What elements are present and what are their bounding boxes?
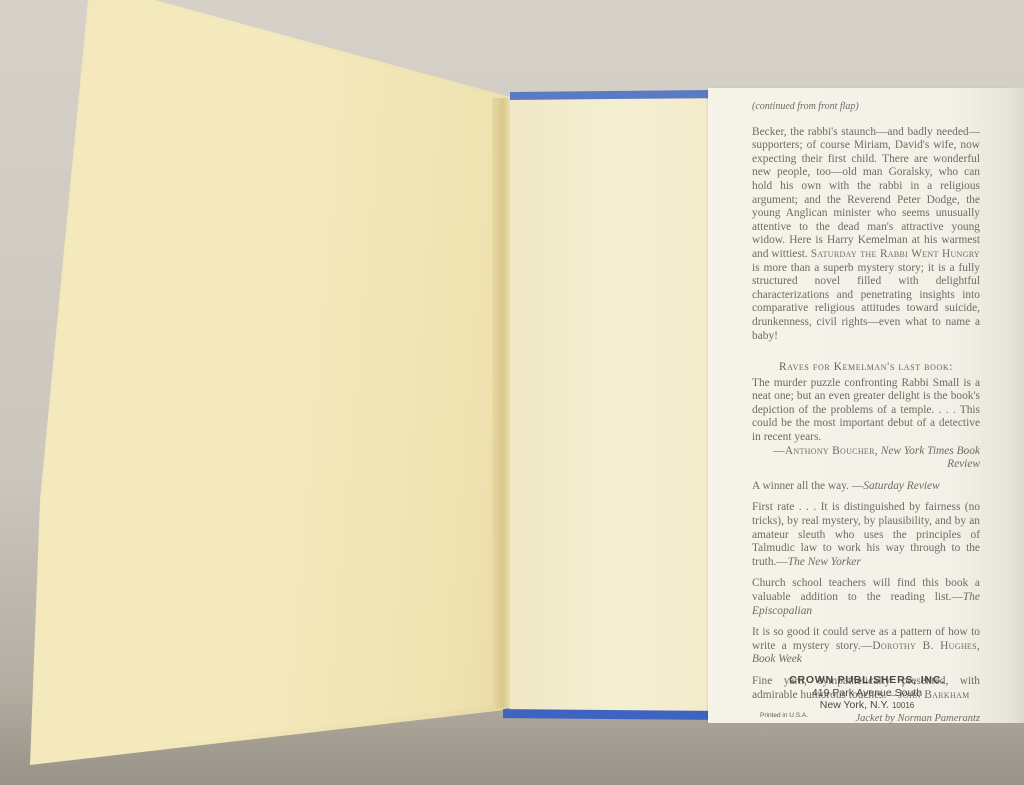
publisher-name: CROWN PUBLISHERS, INC. bbox=[752, 674, 982, 687]
book-gutter bbox=[492, 98, 510, 708]
review-author: —Anthony Boucher, bbox=[773, 445, 878, 457]
review-source: Saturday Review bbox=[863, 480, 939, 492]
raves-heading: Raves for Kemelman's last book: bbox=[752, 361, 980, 375]
continued-note: (continued from front flap) bbox=[752, 100, 980, 114]
review-author: —Dorothy B. Hughes, bbox=[861, 640, 980, 652]
publisher-city-line: New York, N.Y. 10016 bbox=[752, 699, 982, 713]
review-author: — bbox=[852, 480, 863, 492]
printed-in-usa: Printed in U.S.A. bbox=[760, 712, 808, 719]
intro-text-continued: is more than a superb mystery story; it … bbox=[752, 262, 980, 342]
review-attribution: —Anthony Boucher, New York Times Book Re… bbox=[752, 445, 980, 472]
flap-fold-edge bbox=[1005, 88, 1024, 723]
review-quote: It is so good it could serve as a patter… bbox=[752, 626, 980, 667]
review-author: — bbox=[952, 591, 963, 603]
book-title: Saturday the Rabbi Went Hungry bbox=[811, 248, 980, 260]
quote-text: The murder puzzle confronting Rabbi Smal… bbox=[752, 377, 980, 443]
publisher-zip: 10016 bbox=[892, 701, 914, 710]
review-quote: First rate . . . It is distinguished by … bbox=[752, 501, 980, 569]
review-source: The New Yorker bbox=[788, 556, 861, 568]
flap-text-block: (continued from front flap) Becker, the … bbox=[752, 100, 980, 734]
review-quote: Church school teachers will find this bo… bbox=[752, 577, 980, 618]
publisher-city: New York, N.Y. bbox=[820, 699, 889, 711]
quote-text: A winner all the way. bbox=[752, 480, 852, 492]
intro-text: Becker, the rabbi's staunch—and badly ne… bbox=[752, 126, 980, 260]
intro-paragraph: Becker, the rabbi's staunch—and badly ne… bbox=[752, 126, 980, 344]
review-quote: The murder puzzle confronting Rabbi Smal… bbox=[752, 377, 980, 445]
review-author: — bbox=[776, 556, 787, 568]
publisher-street: 419 Park Avenue South bbox=[752, 687, 982, 700]
quote-text: Church school teachers will find this bo… bbox=[752, 577, 980, 603]
publisher-imprint: CROWN PUBLISHERS, INC. 419 Park Avenue S… bbox=[752, 674, 982, 713]
blue-binding-bottom-edge bbox=[503, 709, 713, 720]
review-source: Book Week bbox=[752, 653, 802, 665]
review-source: New York Times Book Review bbox=[881, 445, 980, 471]
right-endpaper bbox=[510, 99, 710, 711]
review-quote: A winner all the way. —Saturday Review bbox=[752, 480, 980, 494]
